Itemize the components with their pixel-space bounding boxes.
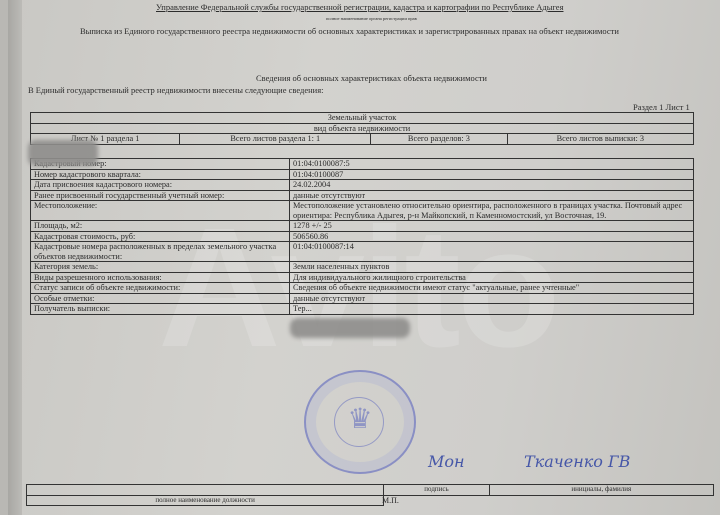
- field-value: 1278 +/- 25: [290, 221, 694, 232]
- field-label: Особые отметки:: [31, 293, 290, 304]
- field-label: Получатель выписки:: [31, 304, 290, 315]
- field-value: Сведения об объекте недвижимости имеют с…: [290, 283, 694, 294]
- signature-caption: подпись: [384, 485, 489, 496]
- organization-caption: полное наименование органа регистрации п…: [326, 14, 417, 24]
- table-row: Кадастровые номера расположенных в преде…: [31, 242, 694, 262]
- section-heading: Сведения об основных характеристиках объ…: [256, 73, 487, 83]
- coat-of-arms-icon: ♛: [306, 402, 414, 436]
- page-edge-shadow: [8, 0, 22, 515]
- field-label: Номер кадастрового квартала:: [31, 169, 290, 180]
- position-cell: [27, 485, 384, 496]
- redaction-blur: [290, 318, 410, 338]
- name-caption: инициалы, фамилия: [489, 485, 713, 496]
- table-row: Кадастровый номер:01:04:0100087:5: [31, 159, 694, 170]
- field-label: Дата присвоения кадастрового номера:: [31, 180, 290, 191]
- field-value: 506560.86: [290, 231, 694, 242]
- table-row: Кадастровая стоимость, руб:506560.86: [31, 231, 694, 242]
- table-row: Номер кадастрового квартала:01:04:010008…: [31, 169, 694, 180]
- total-sections: Всего разделов: 3: [371, 134, 507, 145]
- field-label: Ранее присвоенный государственный учетны…: [31, 190, 290, 201]
- intro-text: В Единый государственный реестр недвижим…: [28, 85, 324, 95]
- official-stamp: ♛: [304, 370, 416, 474]
- field-value: 01:04:0100087: [290, 169, 694, 180]
- position-caption: полное наименование должности: [27, 495, 384, 506]
- section-page-label: Раздел 1 Лист 1: [633, 102, 690, 112]
- field-label: Кадастровые номера расположенных в преде…: [31, 242, 290, 262]
- field-value: 01:04:0100087:14: [290, 242, 694, 262]
- characteristics-table: Кадастровый номер:01:04:0100087:5 Номер …: [30, 158, 694, 315]
- table-row: Статус записи об объекте недвижимости:Св…: [31, 283, 694, 294]
- table-row: Получатель выписки:Тер...: [31, 304, 694, 315]
- field-value: Местоположение установлено относительно …: [290, 201, 694, 221]
- table-row: Площадь, м2:1278 +/- 25: [31, 221, 694, 232]
- field-value: данные отсутствуют: [290, 190, 694, 201]
- table-row: Ранее присвоенный государственный учетны…: [31, 190, 694, 201]
- field-label: Статус записи об объекте недвижимости:: [31, 283, 290, 294]
- field-label: Площадь, м2:: [31, 221, 290, 232]
- table-row: Особые отметки:данные отсутствуют: [31, 293, 694, 304]
- field-label: Категория земель:: [31, 262, 290, 273]
- document-page: Avito Управление Федеральной службы госу…: [8, 0, 720, 515]
- object-type-caption: вид объекта недвижимости: [31, 123, 694, 134]
- organization-name: Управление Федеральной службы государств…: [156, 2, 563, 12]
- stamp-place-label: М.П.: [382, 496, 399, 506]
- field-value: Земли населенных пунктов: [290, 262, 694, 273]
- table-row: Дата присвоения кадастрового номера:24.0…: [31, 180, 694, 191]
- sheets-in-section: Всего листов раздела 1: 1: [180, 134, 371, 145]
- handwritten-name: Ткаченко ГВ: [524, 452, 630, 471]
- field-label: Виды разрешенного использования:: [31, 272, 290, 283]
- signature-table: подпись инициалы, фамилия полное наимено…: [26, 484, 714, 506]
- object-type: Земельный участок: [31, 113, 694, 124]
- table-row: Местоположение:Местоположение установлен…: [31, 201, 694, 221]
- table-row: Виды разрешенного использования:Для инди…: [31, 272, 694, 283]
- field-value: 01:04:0100087:5: [290, 159, 694, 170]
- field-value: 24.02.2004: [290, 180, 694, 191]
- extract-title: Выписка из Единого государственного реес…: [80, 26, 619, 36]
- field-value: Тер...: [290, 304, 694, 315]
- field-value: данные отсутствуют: [290, 293, 694, 304]
- total-sheets: Всего листов выписки: 3: [507, 134, 693, 145]
- handwritten-signature: Мон: [428, 452, 465, 471]
- table-row: Категория земель:Земли населенных пункто…: [31, 262, 694, 273]
- object-header-table: Земельный участок вид объекта недвижимос…: [30, 112, 694, 145]
- field-label: Кадастровая стоимость, руб:: [31, 231, 290, 242]
- redaction-blur: [28, 140, 98, 166]
- field-value: Для индивидуального жилищного строительс…: [290, 272, 694, 283]
- field-label: Местоположение:: [31, 201, 290, 221]
